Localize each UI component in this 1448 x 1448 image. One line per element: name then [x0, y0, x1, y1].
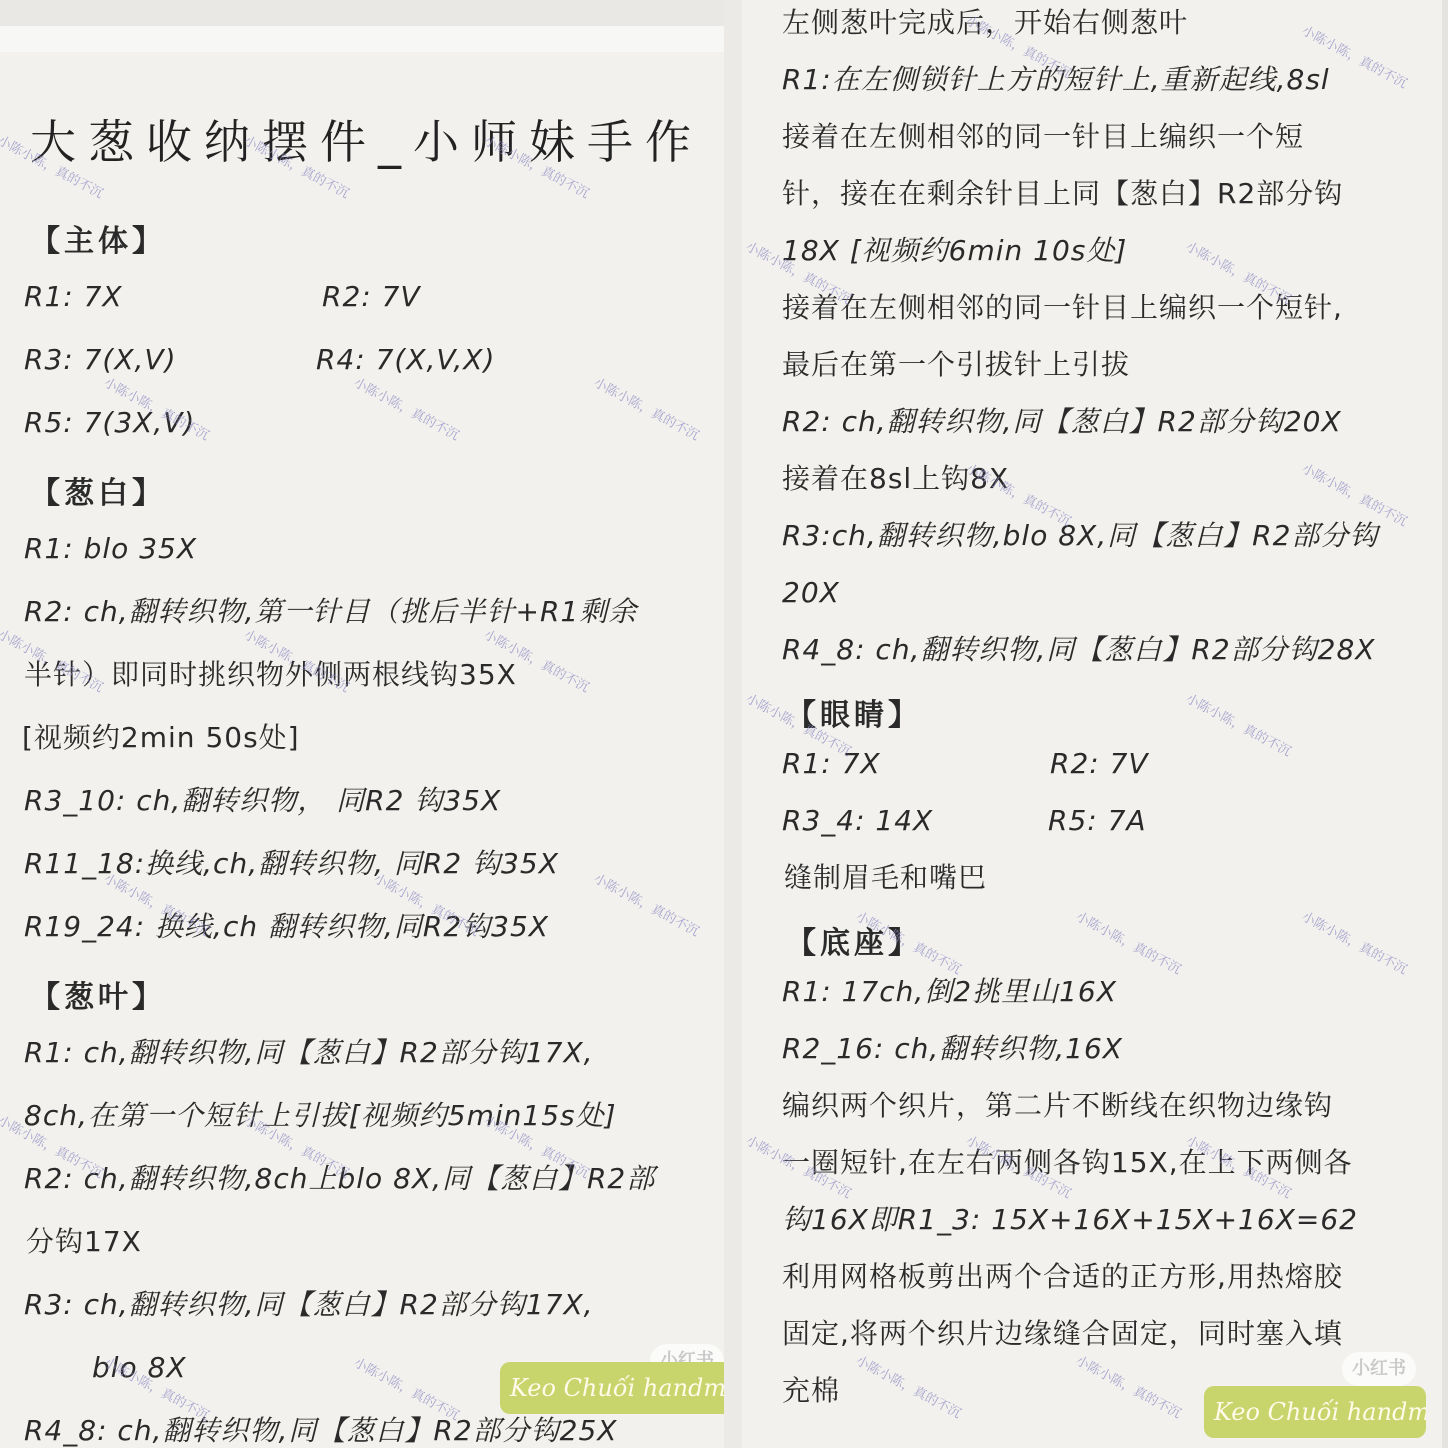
watermark: 小陈小陈，真的不沉 — [1299, 906, 1411, 978]
white-row-r19-24: R19_24: 换线,ch 翻转织物,同R2钩35X — [24, 910, 549, 944]
brand-badge: Keo Chuối handmade — [500, 1362, 724, 1414]
text-line: 最后在第一个引拔针上引拔 — [782, 348, 1130, 382]
base-row-r2-16: R2_16: ch,翻转织物,16X — [782, 1032, 1123, 1066]
base-note: 固定,将两个织片边缘缝合固定，同时塞入填 — [782, 1317, 1343, 1351]
watermark: 小陈小陈，真的不沉 — [1183, 688, 1295, 760]
watermark: 小陈小陈，真的不沉 — [591, 868, 703, 940]
text-line: 接着在左侧相邻的同一针目上编织一个短 — [782, 120, 1304, 154]
section-heading-eyes: 【眼睛】 — [786, 690, 922, 734]
leaf-row-r1b: 8ch,在第一个短针上引拔[视频约5min15s处] — [24, 1099, 617, 1133]
white-row-r2a: R2: ch,翻转织物,第一针目（挑后半针+R1剩余 — [24, 595, 637, 629]
body-row-r1: R1: 7X — [24, 280, 123, 314]
watermark: 小陈小陈，真的不沉 — [351, 1352, 463, 1424]
section-heading-white: 【葱白】 — [30, 468, 166, 512]
text-line: R2: ch,翻转织物,同【葱白】R2部分钩20X — [782, 405, 1342, 439]
right-page: 左侧葱叶完成后，开始右侧葱叶 R1:在左侧锁针上方的短针上,重新起线,8sl 接… — [742, 0, 1442, 1448]
watermark: 小陈小陈，真的不沉 — [351, 372, 463, 444]
text-line: R4_8: ch,翻转织物,同【葱白】R2部分钩28X — [782, 633, 1375, 667]
eyes-row-r5: R5: 7A — [1048, 804, 1147, 838]
watermark: 小陈小陈，真的不沉 — [1073, 1350, 1185, 1422]
base-note: 利用网格板剪出两个合适的正方形,用热熔胶 — [782, 1260, 1343, 1294]
body-row-r2: R2: 7V — [322, 280, 421, 314]
text-line: 20X — [782, 576, 840, 610]
base-note: 钩16X即R1_3: 15X+16X+15X+16X=62 — [782, 1203, 1358, 1237]
section-heading-leaf: 【葱叶】 — [30, 972, 166, 1016]
base-note: 一圈短针,在左右两侧各钩15X,在上下两侧各 — [782, 1146, 1353, 1180]
white-row-r2c: [视频约2min 50s处] — [22, 721, 300, 755]
text-line: 接着在左侧相邻的同一针目上编织一个短针, — [782, 291, 1343, 325]
white-row-r2b: 半针）即同时挑织物外侧两根线钩35X — [24, 658, 517, 692]
watermark: 小陈小陈，真的不沉 — [853, 1350, 965, 1422]
base-row-r1: R1: 17ch,倒2挑里山16X — [782, 975, 1117, 1009]
white-row-r3-10: R3_10: ch,翻转织物， 同R2 钩35X — [24, 784, 501, 818]
eyes-row-r3-4: R3_4: 14X — [782, 804, 933, 838]
body-row-r5: R5: 7(3X,V) — [24, 406, 195, 440]
white-row-r11-18: R11_18:换线,ch,翻转织物, 同R2 钩35X — [24, 847, 559, 881]
left-page: 大葱收纳摆件_小师妹手作 【主体】 R1: 7X R2: 7V R3: 7(X,… — [0, 26, 724, 1448]
body-row-r4: R4: 7(X,V,X) — [316, 343, 495, 377]
text-line: 18X [视频约6min 10s处] — [782, 234, 1127, 268]
text-line: 左侧葱叶完成后，开始右侧葱叶 — [782, 6, 1188, 40]
sew-note: 缝制眉毛和嘴巴 — [784, 861, 987, 895]
leaf-row-r1a: R1: ch,翻转织物,同【葱白】R2部分钩17X, — [24, 1036, 594, 1070]
brand-badge: Keo Chuối handmade — [1204, 1386, 1426, 1438]
panel-gutter — [724, 0, 742, 1448]
watermark: 小陈小陈，真的不沉 — [591, 372, 703, 444]
section-heading-base: 【底座】 — [786, 918, 922, 962]
leaf-row-r3a: R3: ch,翻转织物,同【葱白】R2部分钩17X, — [24, 1288, 594, 1322]
base-note: 充棉 — [782, 1374, 840, 1408]
leaf-row-r4-8: R4_8: ch,翻转织物,同【葱白】R2部分钩25X — [24, 1414, 617, 1448]
body-row-r3: R3: 7(X,V) — [24, 343, 177, 377]
eyes-row-r1: R1: 7X — [782, 747, 881, 781]
eyes-row-r2: R2: 7V — [1050, 747, 1149, 781]
section-heading-body: 【主体】 — [30, 216, 166, 260]
text-line: R1:在左侧锁针上方的短针上,重新起线,8sl — [782, 63, 1330, 97]
text-line: 针，接在在剩余针目上同【葱白】R2部分钩 — [782, 177, 1343, 211]
right-edge — [1442, 0, 1448, 1448]
page-top-strip — [0, 26, 724, 52]
text-line: 接着在8sl上钩8X — [782, 462, 1009, 496]
page-title: 大葱收纳摆件_小师妹手作 — [30, 106, 703, 172]
watermark: 小陈小陈，真的不沉 — [1073, 906, 1185, 978]
leaf-row-r2a: R2: ch,翻转织物,8ch上blo 8X,同【葱白】R2部 — [24, 1162, 655, 1196]
leaf-row-r3b: blo 8X — [92, 1351, 187, 1385]
white-row-r1: R1: blo 35X — [24, 532, 197, 566]
text-line: R3:ch,翻转织物,blo 8X,同【葱白】R2部分钩 — [782, 519, 1378, 553]
xiaohongshu-logo: 小红书 — [1342, 1352, 1416, 1386]
leaf-row-r2b: 分钩17X — [26, 1225, 142, 1259]
base-note: 编织两个织片，第二片不断线在织物边缘钩 — [782, 1089, 1333, 1123]
